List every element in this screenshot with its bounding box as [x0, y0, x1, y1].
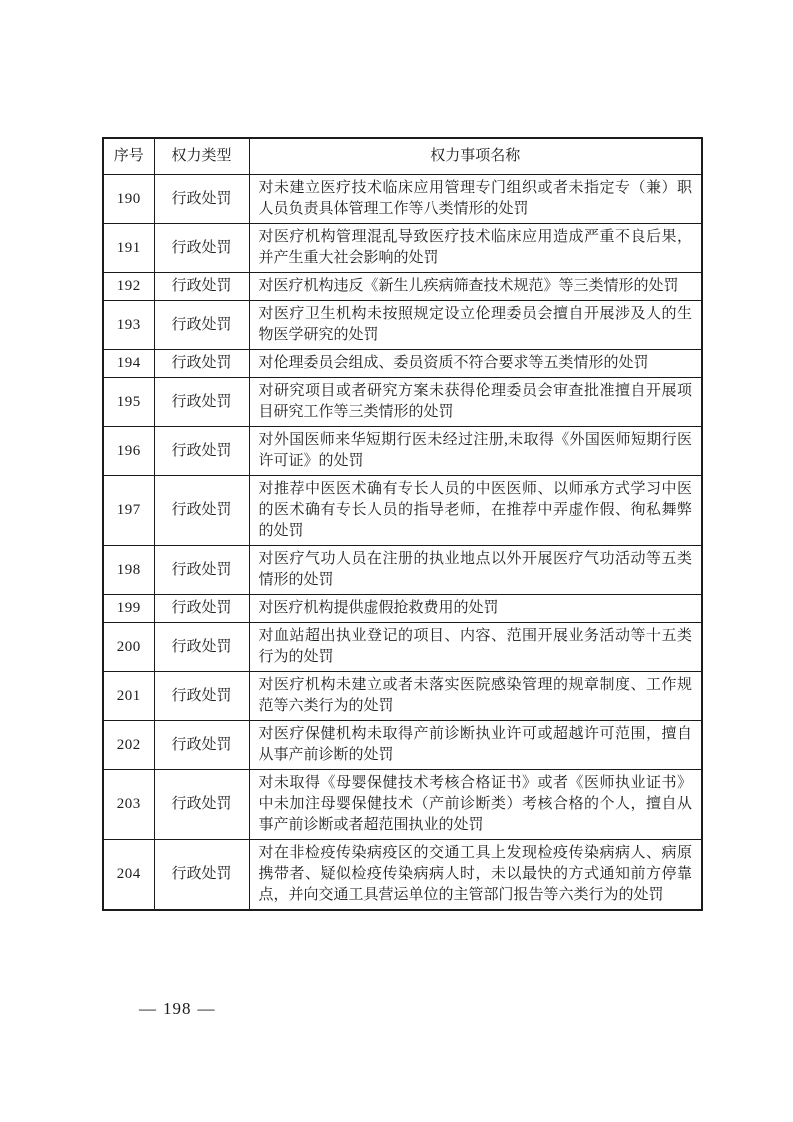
row-serial-number: 195 — [103, 378, 154, 427]
row-serial-number: 203 — [103, 770, 154, 840]
row-power-item-name: 对医疗机构未建立或者未落实医院感染管理的规章制度、工作规范等六类行为的处罚 — [249, 672, 702, 721]
table-row: 192行政处罚对医疗机构违反《新生儿疾病筛查技术规范》等三类情形的处罚 — [103, 273, 702, 301]
row-serial-number: 194 — [103, 350, 154, 378]
row-serial-number: 196 — [103, 427, 154, 476]
footer-right-dash: — — [192, 999, 222, 1018]
table-row: 191行政处罚对医疗机构管理混乱导致医疗技术临床应用造成严重不良后果，并产生重大… — [103, 224, 702, 273]
column-header-power-type: 权力类型 — [154, 138, 249, 175]
table-row: 197行政处罚对推荐中医医术确有专长人员的中医医师、以师承方式学习中医的医术确有… — [103, 476, 702, 546]
footer-left-dash: — — [133, 999, 163, 1018]
table-row: 198行政处罚对医疗气功人员在注册的执业地点以外开展医疗气功活动等五类情形的处罚 — [103, 546, 702, 595]
row-serial-number: 193 — [103, 301, 154, 350]
row-power-item-name: 对在非检疫传染病疫区的交通工具上发现检疫传染病病人、病原携带者、疑似检疫传染病病… — [249, 840, 702, 911]
row-power-item-name: 对外国医师来华短期行医未经过注册,未取得《外国医师短期行医许可证》的处罚 — [249, 427, 702, 476]
row-power-item-name: 对医疗卫生机构未按照规定设立伦理委员会擅自开展涉及人的生物医学研究的处罚 — [249, 301, 702, 350]
row-power-item-name: 对医疗机构提供虚假抢救费用的处罚 — [249, 595, 702, 623]
row-power-type: 行政处罚 — [154, 427, 249, 476]
table-row: 202行政处罚对医疗保健机构未取得产前诊断执业许可或超越许可范围，擅自从事产前诊… — [103, 721, 702, 770]
row-power-type: 行政处罚 — [154, 546, 249, 595]
row-power-type: 行政处罚 — [154, 301, 249, 350]
power-items-table: 序号 权力类型 权力事项名称 190行政处罚对未建立医疗技术临床应用管理专门组织… — [102, 137, 703, 911]
table-row: 193行政处罚对医疗卫生机构未按照规定设立伦理委员会擅自开展涉及人的生物医学研究… — [103, 301, 702, 350]
row-serial-number: 190 — [103, 175, 154, 224]
row-power-type: 行政处罚 — [154, 770, 249, 840]
row-power-item-name: 对未建立医疗技术临床应用管理专门组织或者未指定专（兼）职人员负责具体管理工作等八… — [249, 175, 702, 224]
table-header-row: 序号 权力类型 权力事项名称 — [103, 138, 702, 175]
row-power-item-name: 对研究项目或者研究方案未获得伦理委员会审查批准擅自开展项目研究工作等三类情形的处… — [249, 378, 702, 427]
row-power-item-name: 对医疗气功人员在注册的执业地点以外开展医疗气功活动等五类情形的处罚 — [249, 546, 702, 595]
row-serial-number: 201 — [103, 672, 154, 721]
row-power-type: 行政处罚 — [154, 224, 249, 273]
row-power-type: 行政处罚 — [154, 350, 249, 378]
row-power-type: 行政处罚 — [154, 623, 249, 672]
row-serial-number: 202 — [103, 721, 154, 770]
row-power-type: 行政处罚 — [154, 595, 249, 623]
row-serial-number: 200 — [103, 623, 154, 672]
column-header-serial-number: 序号 — [103, 138, 154, 175]
table-row: 195行政处罚对研究项目或者研究方案未获得伦理委员会审查批准擅自开展项目研究工作… — [103, 378, 702, 427]
page-number: 198 — [163, 999, 192, 1018]
row-power-item-name: 对伦理委员会组成、委员资质不符合要求等五类情形的处罚 — [249, 350, 702, 378]
row-serial-number: 197 — [103, 476, 154, 546]
document-page: 序号 权力类型 权力事项名称 190行政处罚对未建立医疗技术临床应用管理专门组织… — [0, 0, 793, 1122]
row-serial-number: 199 — [103, 595, 154, 623]
table-row: 196行政处罚对外国医师来华短期行医未经过注册,未取得《外国医师短期行医许可证》… — [103, 427, 702, 476]
table-row: 200行政处罚对血站超出执业登记的项目、内容、范围开展业务活动等十五类行为的处罚 — [103, 623, 702, 672]
table-row: 201行政处罚对医疗机构未建立或者未落实医院感染管理的规章制度、工作规范等六类行… — [103, 672, 702, 721]
table-body: 190行政处罚对未建立医疗技术临床应用管理专门组织或者未指定专（兼）职人员负责具… — [103, 175, 702, 911]
table-row: 203行政处罚对未取得《母婴保健技术考核合格证书》或者《医师执业证书》中未加注母… — [103, 770, 702, 840]
row-power-type: 行政处罚 — [154, 476, 249, 546]
row-power-type: 行政处罚 — [154, 175, 249, 224]
table-row: 199行政处罚对医疗机构提供虚假抢救费用的处罚 — [103, 595, 702, 623]
row-power-item-name: 对未取得《母婴保健技术考核合格证书》或者《医师执业证书》中未加注母婴保健技术（产… — [249, 770, 702, 840]
row-power-item-name: 对推荐中医医术确有专长人员的中医医师、以师承方式学习中医的医术确有专长人员的指导… — [249, 476, 702, 546]
row-serial-number: 198 — [103, 546, 154, 595]
row-power-item-name: 对血站超出执业登记的项目、内容、范围开展业务活动等十五类行为的处罚 — [249, 623, 702, 672]
row-power-type: 行政处罚 — [154, 672, 249, 721]
row-power-item-name: 对医疗保健机构未取得产前诊断执业许可或超越许可范围，擅自从事产前诊断的处罚 — [249, 721, 702, 770]
row-power-item-name: 对医疗机构管理混乱导致医疗技术临床应用造成严重不良后果，并产生重大社会影响的处罚 — [249, 224, 702, 273]
page-footer: —198— — [133, 999, 222, 1019]
row-serial-number: 204 — [103, 840, 154, 911]
row-power-type: 行政处罚 — [154, 273, 249, 301]
column-header-power-item-name: 权力事项名称 — [249, 138, 702, 175]
row-power-type: 行政处罚 — [154, 721, 249, 770]
row-serial-number: 192 — [103, 273, 154, 301]
row-power-type: 行政处罚 — [154, 840, 249, 911]
row-serial-number: 191 — [103, 224, 154, 273]
table-row: 194行政处罚对伦理委员会组成、委员资质不符合要求等五类情形的处罚 — [103, 350, 702, 378]
table-row: 204行政处罚对在非检疫传染病疫区的交通工具上发现检疫传染病病人、病原携带者、疑… — [103, 840, 702, 911]
table-row: 190行政处罚对未建立医疗技术临床应用管理专门组织或者未指定专（兼）职人员负责具… — [103, 175, 702, 224]
row-power-item-name: 对医疗机构违反《新生儿疾病筛查技术规范》等三类情形的处罚 — [249, 273, 702, 301]
row-power-type: 行政处罚 — [154, 378, 249, 427]
